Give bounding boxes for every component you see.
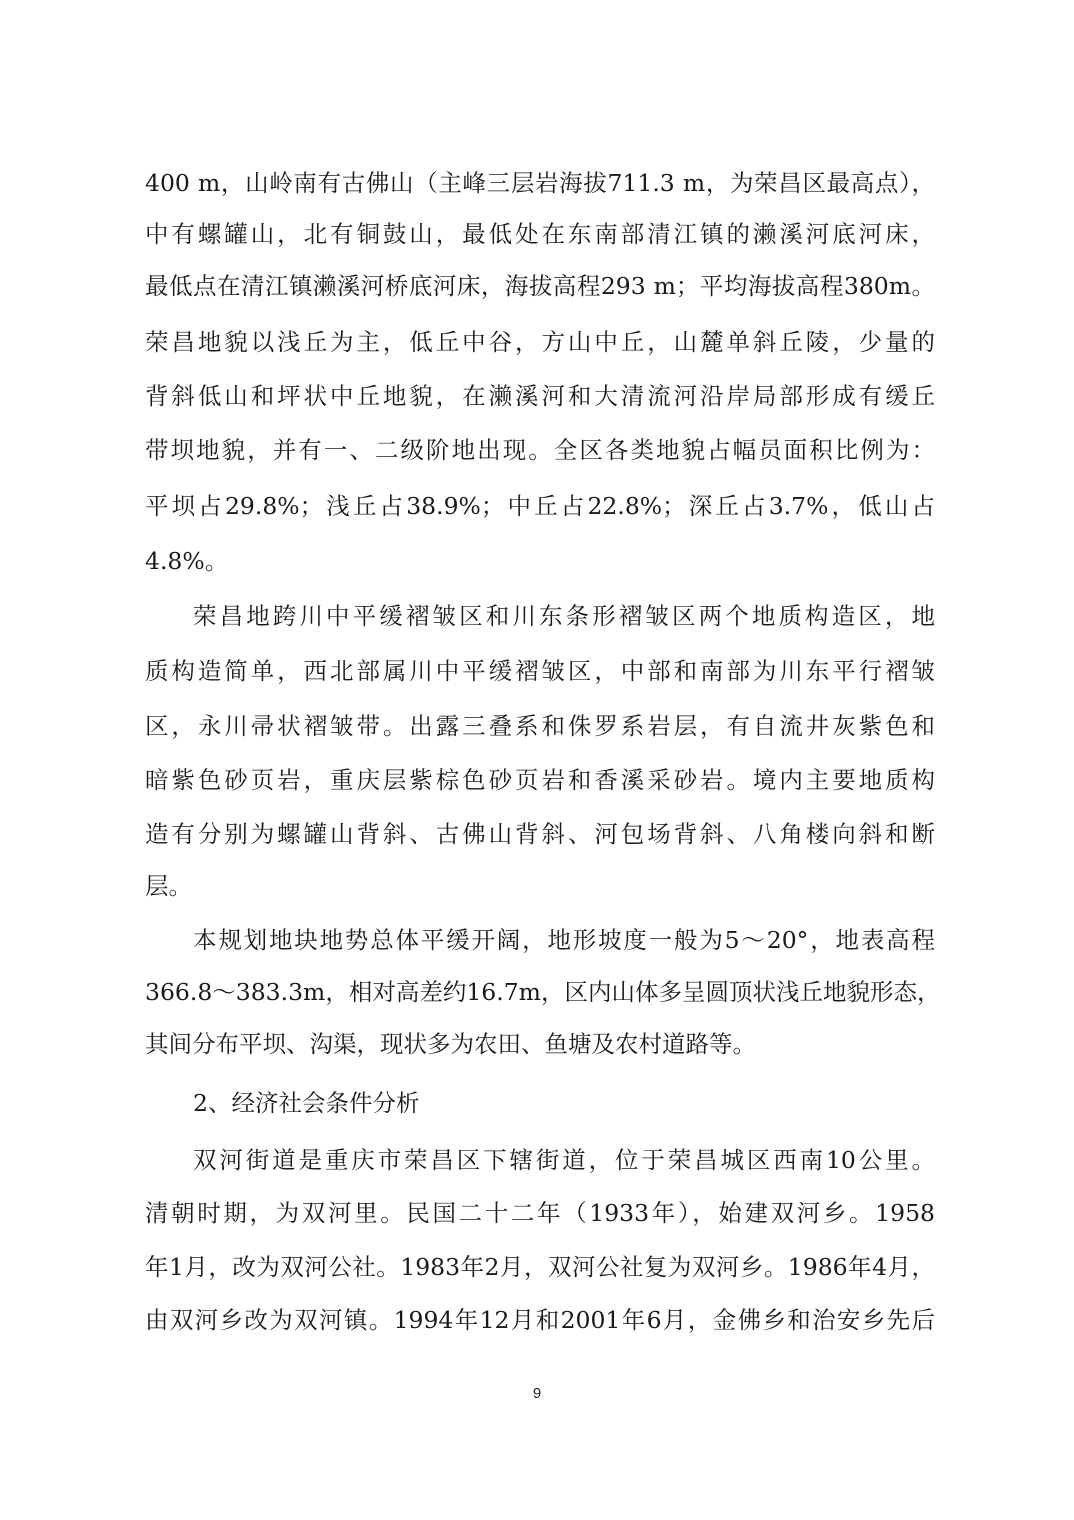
text-line: 本规划地块地势总体平缓开阔，地形坡度一般为5～20°，地表高程 xyxy=(193,920,935,960)
text-line: 双河街道是重庆市荣昌区下辖街道，位于荣昌城区西南10公里。 xyxy=(193,1140,935,1180)
page-number: 9 xyxy=(0,1384,1074,1404)
document-page: 400 m，山岭南有古佛山（主峰三层岩海拔711.3 m，为荣昌区最高点）， 中… xyxy=(0,0,1074,1520)
text-line: 400 m，山岭南有古佛山（主峰三层岩海拔711.3 m，为荣昌区最高点）， xyxy=(145,163,935,203)
text-line: 造有分别为螺罐山背斜、古佛山背斜、河包场背斜、八角楼向斜和断 xyxy=(145,814,935,854)
text-line: 暗紫色砂页岩，重庆层紫棕色砂页岩和香溪采砂岩。境内主要地质构 xyxy=(145,760,935,800)
text-line: 中有螺罐山，北有铜鼓山，最低处在东南部清江镇的濑溪河底河床， xyxy=(145,214,935,254)
text-line: 366.8～383.3m，相对高差约16.7m，区内山体多呈圆顶状浅丘地貌形态， xyxy=(145,972,935,1012)
text-line: 区，永川帚状褶皱带。出露三叠系和侏罗系岩层，有自流井灰紫色和 xyxy=(145,706,935,746)
text-line: 其间分布平坝、沟渠，现状多为农田、鱼塘及农村道路等。 xyxy=(145,1024,935,1064)
text-line: 平坝占29.8%；浅丘占38.9%；中丘占22.8%；深丘占3.7%，低山占 xyxy=(145,486,935,526)
text-line: 荣昌地跨川中平缓褶皱区和川东条形褶皱区两个地质构造区，地 xyxy=(193,596,935,636)
text-line: 层。 xyxy=(145,866,935,906)
text-line: 带坝地貌，并有一、二级阶地出现。全区各类地貌占幅员面积比例为： xyxy=(145,430,935,470)
text-line: 质构造简单，西北部属川中平缓褶皱区，中部和南部为川东平行褶皱 xyxy=(145,651,935,691)
section-heading-text: 2、经济社会条件分析 xyxy=(193,1083,935,1123)
text-line: 清朝时期，为双河里。民国二十二年（1933年），始建双河乡。1958 xyxy=(145,1193,935,1233)
text-line: 荣昌地貌以浅丘为主，低丘中谷，方山中丘，山麓单斜丘陵，少量的 xyxy=(145,322,935,362)
text-line: 最低点在清江镇濑溪河桥底河床，海拔高程293 m；平均海拔高程380m。 xyxy=(145,266,935,306)
text-line: 4.8%。 xyxy=(145,541,935,581)
text-line: 年1月，改为双河公社。1983年2月，双河公社复为双河乡。1986年4月， xyxy=(145,1247,935,1287)
text-line: 由双河乡改为双河镇。1994年12月和2001年6月，金佛乡和治安乡先后 xyxy=(145,1300,935,1340)
text-line: 背斜低山和坪状中丘地貌，在濑溪河和大清流河沿岸局部形成有缓丘 xyxy=(145,376,935,416)
